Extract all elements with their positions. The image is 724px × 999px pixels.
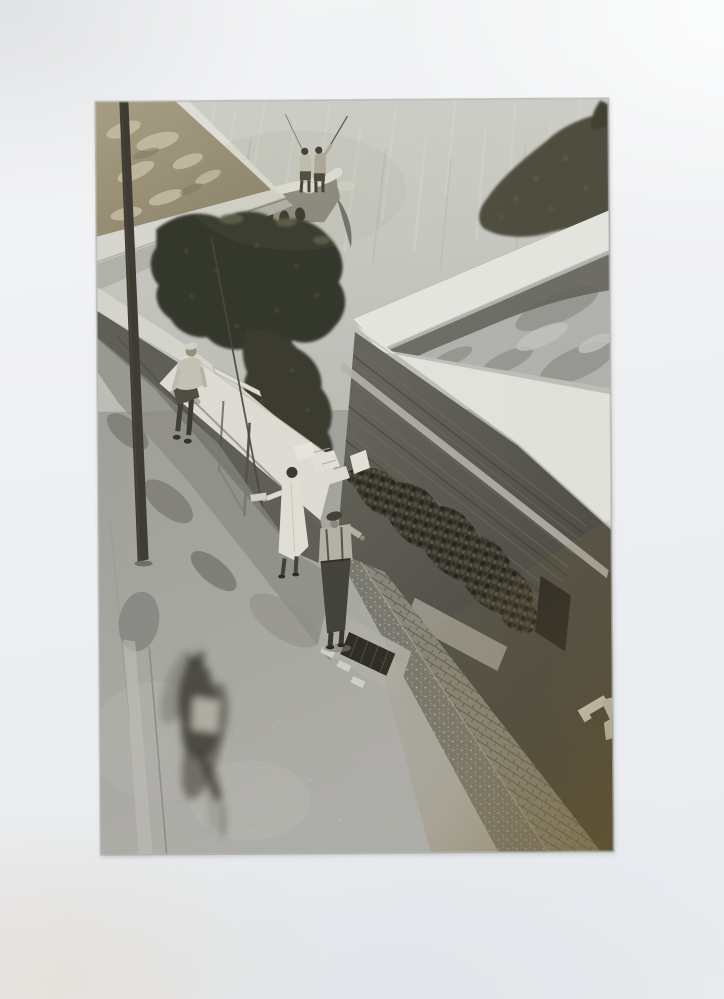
film-grain xyxy=(95,98,613,855)
mat-background xyxy=(0,0,724,999)
photograph-print xyxy=(95,98,613,855)
